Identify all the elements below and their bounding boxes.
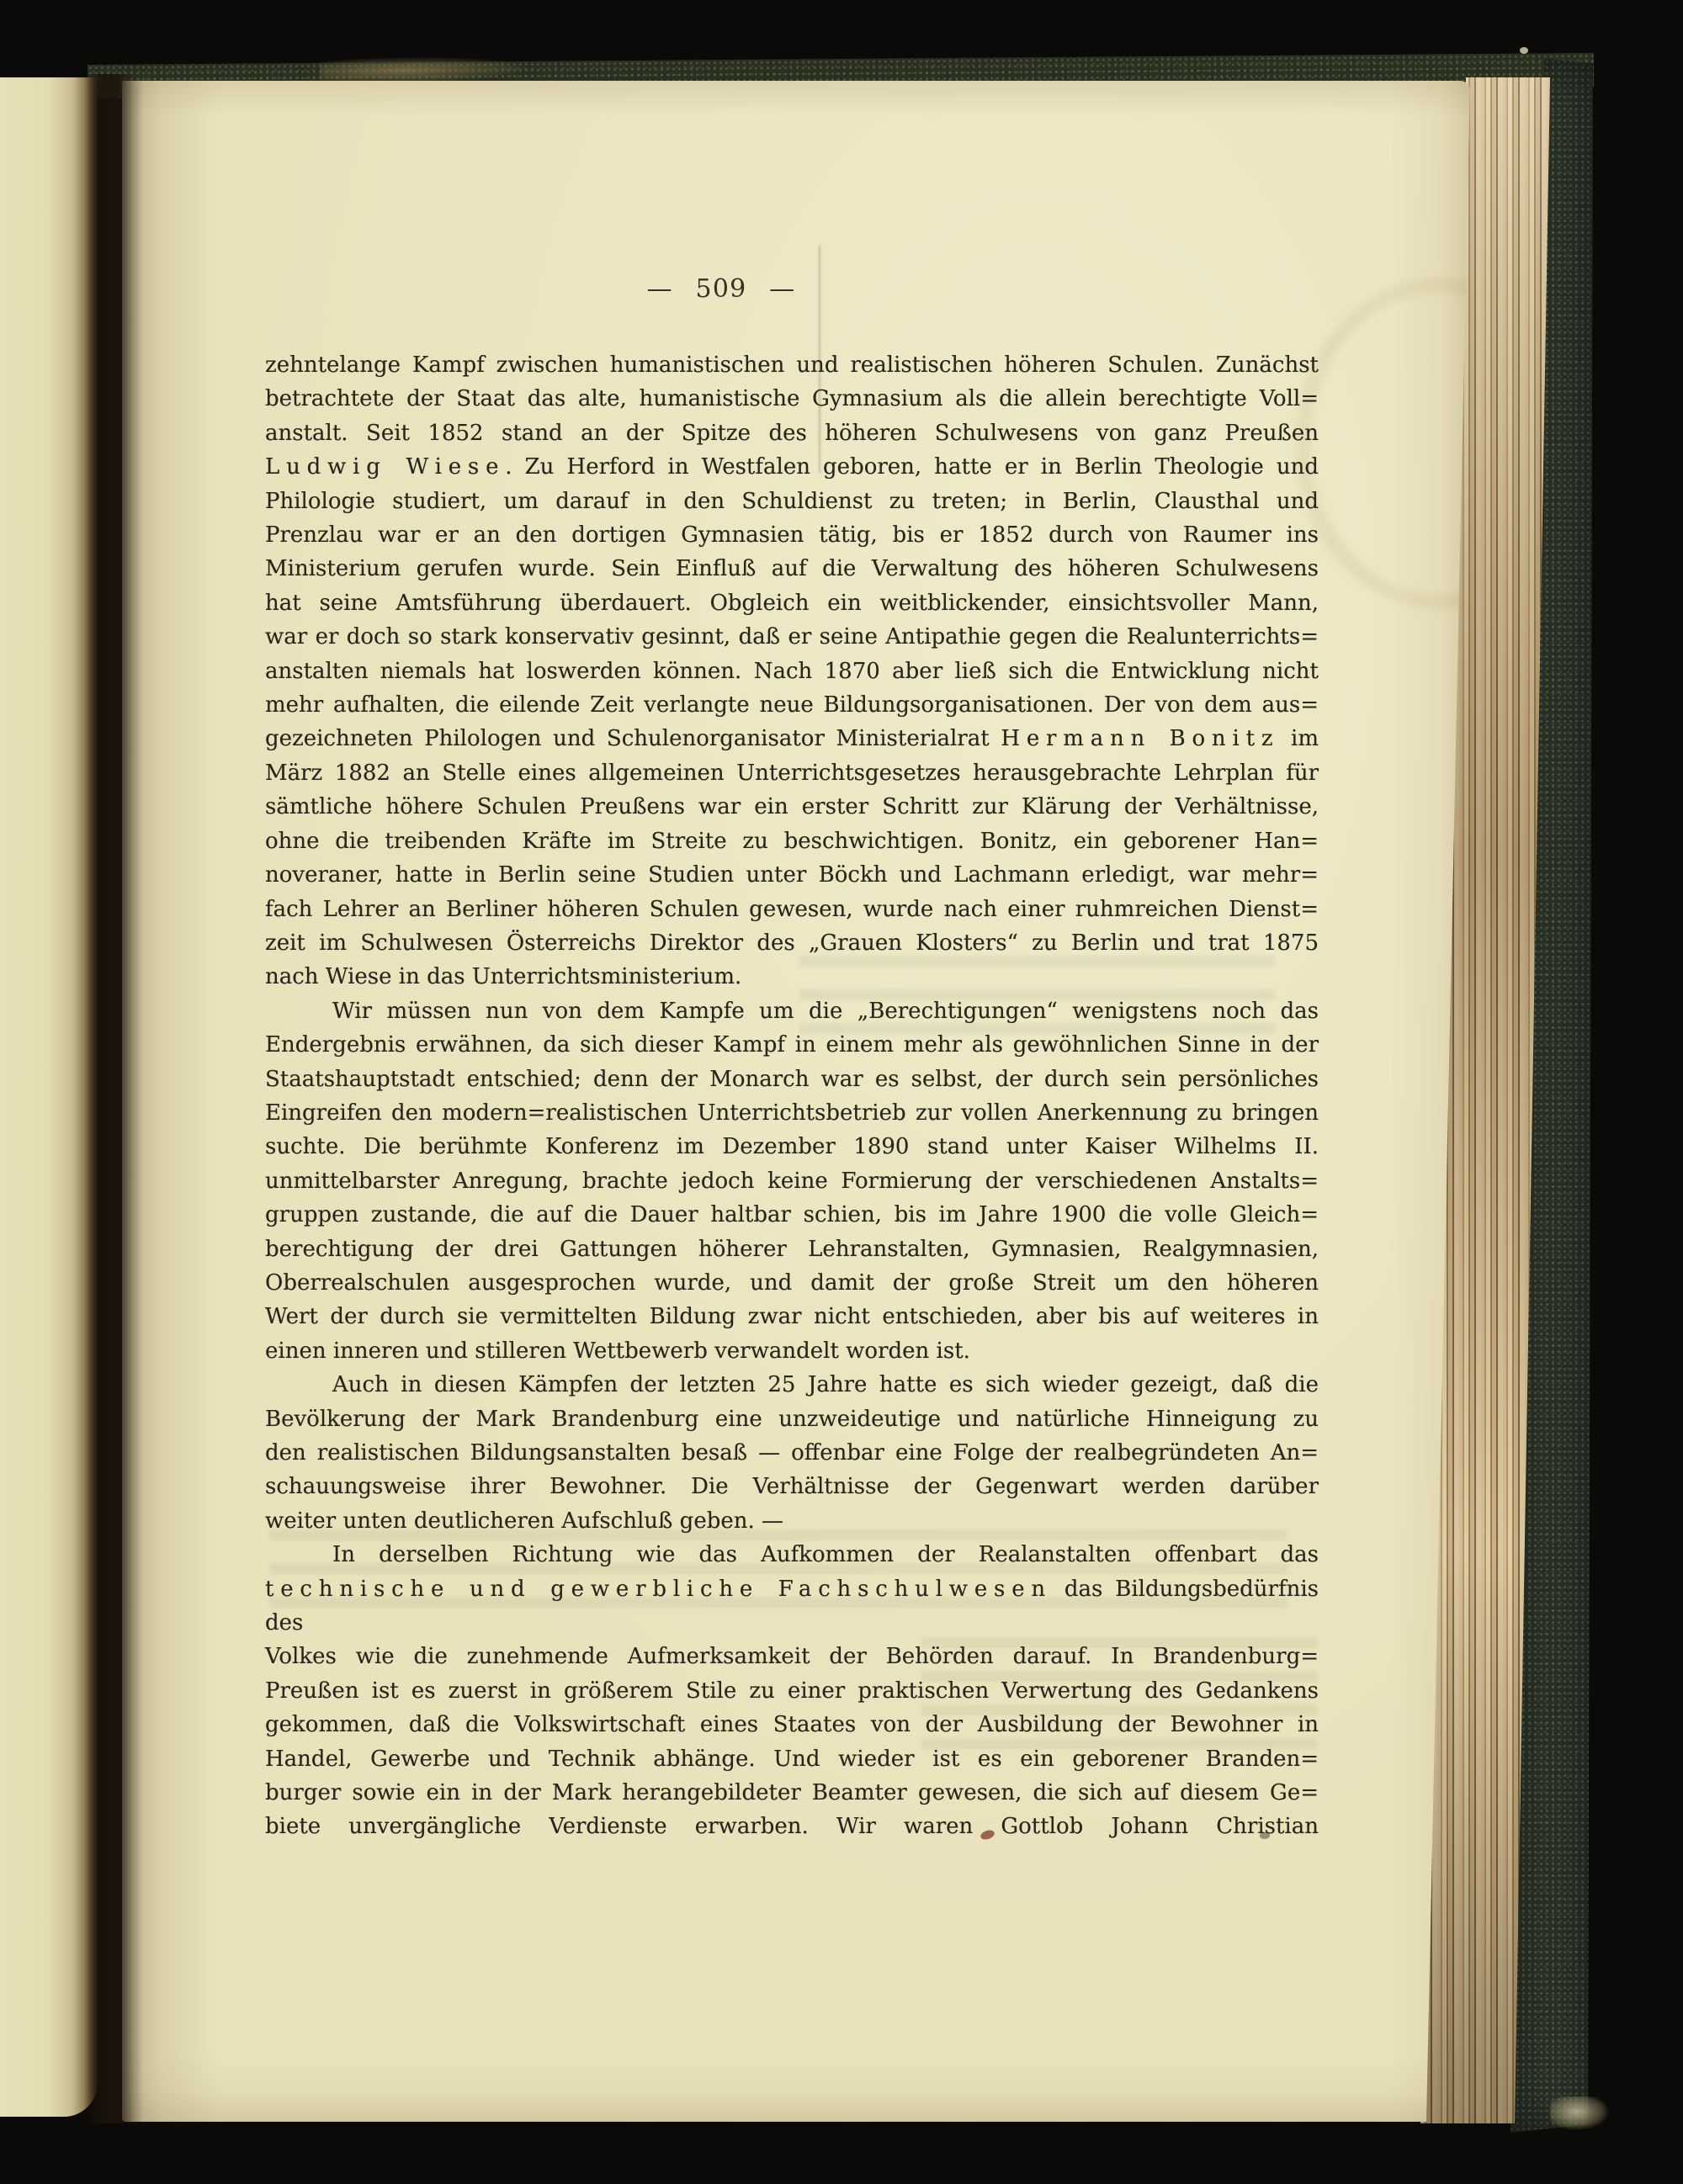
- text-line: Oberrealschulen ausgesprochen wurde, und…: [265, 1266, 1319, 1300]
- letterspaced-emphasis: Hermann Bonitz: [1001, 726, 1279, 751]
- text-line: gruppen zustande, die auf die Dauer halt…: [265, 1198, 1319, 1232]
- text-line: Handel, Gewerbe und Technik abhänge. Und…: [265, 1742, 1319, 1776]
- text-line: Ludwig Wiese. Zu Herford in Westfalen ge…: [265, 450, 1319, 484]
- book-gutter-shadow: [84, 74, 143, 2123]
- text-line: anstalten niemals hat loswerden können. …: [265, 655, 1319, 688]
- text-line: suchte. Die berühmte Konferenz im Dezemb…: [265, 1130, 1319, 1164]
- text-line: Endergebnis erwähnen, da sich dieser Kam…: [265, 1028, 1319, 1062]
- paragraph: zehntelange Kampf zwischen humanistische…: [265, 348, 1319, 994]
- text-line: hat seine Amtsführung überdauert. Obglei…: [265, 586, 1319, 620]
- text-run: . Zu Herford in Westfalen geboren, hatte…: [505, 454, 1319, 480]
- paragraph: Auch in diesen Kämpfen der letzten 25 Ja…: [265, 1368, 1319, 1538]
- text-line: einen inneren und stilleren Wettbewerb v…: [265, 1334, 1319, 1368]
- cover-paper-fleck: [1520, 47, 1528, 54]
- text-line: Wert der durch sie vermittelten Bildung …: [265, 1300, 1319, 1333]
- text-line: Eingreifen den modern=realistischen Unte…: [265, 1096, 1319, 1130]
- text-line: nach Wiese in das Unterrichtsministerium…: [265, 960, 1319, 994]
- text-line: biete unvergängliche Verdienste erwarben…: [265, 1810, 1319, 1843]
- cover-frayed-corner: [1550, 2097, 1609, 2130]
- text-line: Ministerium gerufen wurde. Sein Einfluß …: [265, 552, 1319, 586]
- paragraph: In derselben Richtung wie das Aufkommen …: [265, 1538, 1319, 1844]
- paragraph: Wir müssen nun von dem Kampfe um die „Be…: [265, 994, 1319, 1368]
- text-line: gezeichneten Philologen und Schulenorgan…: [265, 722, 1319, 755]
- text-line: schauungsweise ihrer Bewohner. Die Verhä…: [265, 1470, 1319, 1503]
- text-run: im: [1279, 726, 1319, 751]
- text-line: zeit im Schulwesen Österreichs Direktor …: [265, 926, 1319, 960]
- text-line: sämtliche höhere Schulen Preußens war ei…: [265, 790, 1319, 824]
- text-line: In derselben Richtung wie das Aufkommen …: [265, 1538, 1319, 1572]
- text-line: Prenzlau war er an den dortigen Gymnasie…: [265, 518, 1319, 552]
- text-run: gezeichneten Philologen und Schulenorgan…: [265, 726, 1001, 751]
- text-line: technische und gewerbliche Fachschulwese…: [265, 1572, 1319, 1641]
- text-line: zehntelange Kampf zwischen humanistische…: [265, 348, 1319, 382]
- text-line: Volkes wie die zunehmende Aufmerksamkeit…: [265, 1640, 1319, 1673]
- text-line: ohne die treibenden Kräfte im Streite zu…: [265, 824, 1319, 858]
- text-line: Auch in diesen Kämpfen der letzten 25 Ja…: [265, 1368, 1319, 1402]
- text-line: fach Lehrer an Berliner höheren Schulen …: [265, 893, 1319, 926]
- text-line: weiter unten deutlicheren Aufschluß gebe…: [265, 1504, 1319, 1538]
- text-line: März 1882 an Stelle eines allgemeinen Un…: [265, 756, 1319, 790]
- book-photo: — 509 — zehntelange Kampf zwischen human…: [0, 0, 1683, 2184]
- text-line: war er doch so stark konservativ gesinnt…: [265, 620, 1319, 654]
- letterspaced-emphasis: Ludwig Wiese: [265, 454, 505, 480]
- text-block: zehntelange Kampf zwischen humanistische…: [265, 348, 1319, 1844]
- text-line: anstalt. Seit 1852 stand an der Spitze d…: [265, 416, 1319, 450]
- text-line: unmittelbarster Anregung, brachte jedoch…: [265, 1164, 1319, 1198]
- text-line: Wir müssen nun von dem Kampfe um die „Be…: [265, 994, 1319, 1028]
- page-number: — 509 —: [194, 274, 1248, 304]
- text-line: mehr aufhalten, die eilende Zeit verlang…: [265, 688, 1319, 722]
- text-line: burger sowie ein in der Mark herangebild…: [265, 1776, 1319, 1810]
- cover-dirt-stain: [320, 56, 522, 84]
- text-line: betrachtete der Staat das alte, humanist…: [265, 382, 1319, 416]
- text-line: berechtigung der drei Gattungen höherer …: [265, 1232, 1319, 1266]
- text-line: noveraner, hatte in Berlin seine Studien…: [265, 858, 1319, 892]
- text-line: den realistischen Bildungsanstalten besa…: [265, 1436, 1319, 1470]
- text-line: Philologie studiert, um darauf in den Sc…: [265, 485, 1319, 518]
- text-line: gekommen, daß die Volkswirtschaft eines …: [265, 1708, 1319, 1741]
- text-line: Staatshauptstadt entschied; denn der Mon…: [265, 1063, 1319, 1096]
- text-line: Preußen ist es zuerst in größerem Stile …: [265, 1674, 1319, 1708]
- left-page-edge: [0, 77, 98, 2117]
- letterspaced-emphasis: technische und gewerbliche Fachschulwese…: [265, 1577, 1052, 1602]
- text-line: Bevölkerung der Mark Brandenburg eine un…: [265, 1402, 1319, 1436]
